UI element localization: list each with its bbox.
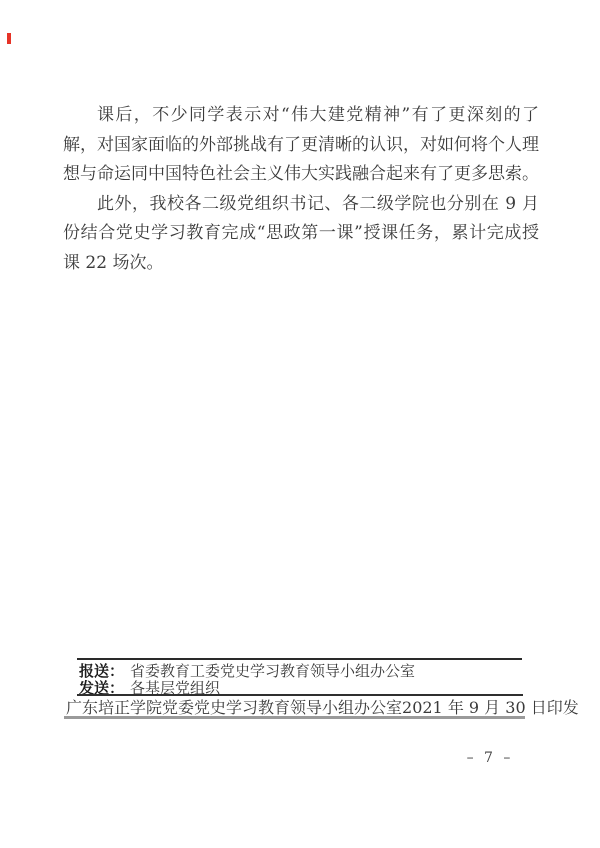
print-date: 2021 年 9 月 30 日印发 [402, 699, 579, 716]
document-page: 课后，不少同学表示对“伟大建党精神”有了更深刻的了解，对国家面临的外部挑战有了更… [0, 0, 600, 848]
scan-artifact-red-mark [7, 33, 11, 44]
page-number: – 7 – [430, 750, 550, 766]
issuing-row: 广东培正学院党委党史学习教育领导小组办公室 2021 年 9 月 30 日印发 [66, 699, 525, 716]
document-body: 课后，不少同学表示对“伟大建党精神”有了更深刻的了解，对国家面临的外部挑战有了更… [63, 101, 539, 278]
paragraph-2: 此外，我校各二级党组织书记、各二级学院也分别在 9 月份结合党史学习教育完成“思… [63, 190, 539, 279]
copy-to-value: 省委教育工委党史学习教育领导小组办公室 [130, 662, 415, 680]
footer-top-rule [77, 658, 522, 660]
copy-to-label: 报送： [79, 662, 124, 680]
footer-middle-rule [77, 694, 523, 696]
copy-to-row: 报送：省委教育工委党史学习教育领导小组办公室 [79, 662, 522, 680]
footer-bottom-rule [64, 716, 525, 719]
issuing-office: 广东培正学院党委党史学习教育领导小组办公室 [66, 699, 402, 716]
paragraph-1: 课后，不少同学表示对“伟大建党精神”有了更深刻的了解，对国家面临的外部挑战有了更… [63, 101, 539, 190]
